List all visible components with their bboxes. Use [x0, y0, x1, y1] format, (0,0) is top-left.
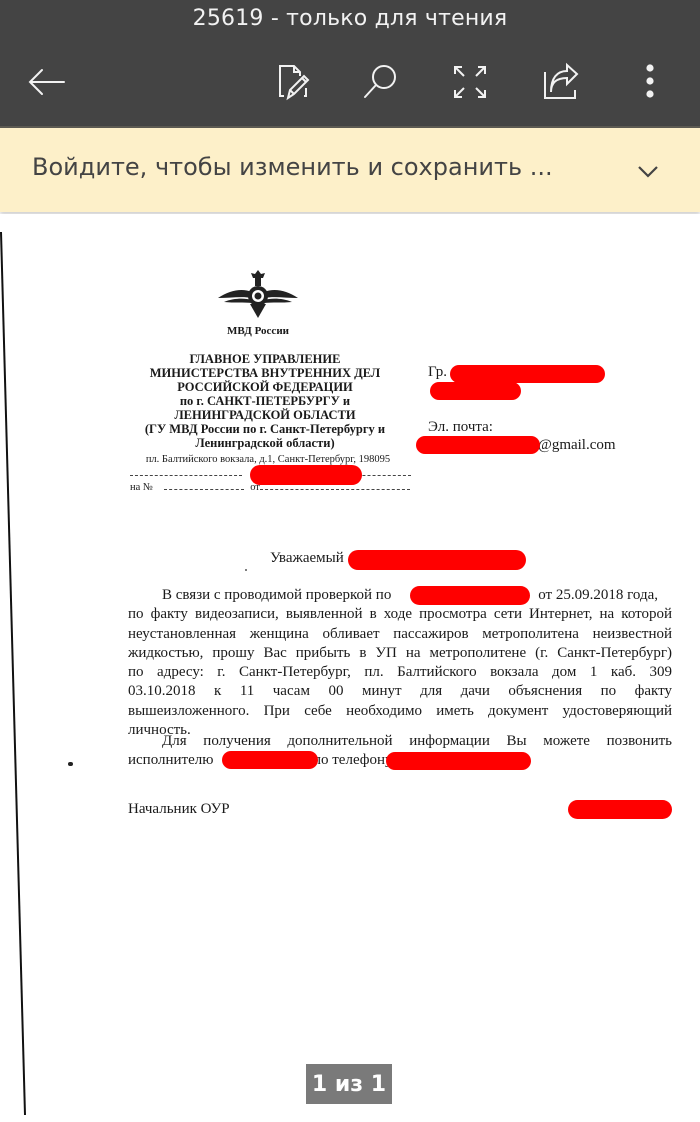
- more-options-button[interactable]: [626, 58, 674, 106]
- greeting: Уважаемый: [270, 550, 344, 567]
- org-line: (ГУ МВД России по г. Санкт-Петербургу и: [120, 422, 410, 436]
- org-line: МИНИСТЕРСТВА ВНУТРЕННИХ ДЕЛ: [120, 366, 410, 380]
- share-button[interactable]: [536, 58, 584, 106]
- fullscreen-button[interactable]: [446, 58, 494, 106]
- redaction-mark: [568, 800, 672, 819]
- more-vertical-icon: [644, 62, 656, 102]
- edit-button[interactable]: [270, 58, 318, 106]
- sign-in-message[interactable]: Войдите, чтобы изменить и сохранить ...: [32, 153, 553, 181]
- org-address: пл. Балтийского вокзала, д.1, Санкт-Пете…: [118, 454, 418, 465]
- back-button[interactable]: [22, 58, 70, 106]
- mvd-label: МВД России: [200, 325, 316, 337]
- org-line: РОССИЙСКОЙ ФЕДЕРАЦИИ: [120, 380, 410, 394]
- redaction-mark: [416, 436, 540, 454]
- page-indicator: 1 из 1: [306, 1064, 392, 1104]
- ref-number-blank: [130, 468, 242, 476]
- mvd-emblem-icon: [216, 268, 300, 322]
- ref-no-label: на №: [130, 482, 153, 493]
- search-icon: [360, 62, 400, 102]
- fullscreen-icon: [450, 62, 490, 102]
- paragraph-line: вышеизложенного. При себе необходимо име…: [128, 702, 672, 721]
- redaction-mark: [348, 550, 526, 570]
- scan-speck: [68, 762, 73, 766]
- paragraph-line: по факту видеозаписи, выявленной в ходе …: [128, 605, 672, 624]
- app-bar: 25619 - только для чтения: [0, 0, 700, 126]
- edit-document-icon: [274, 62, 314, 102]
- paragraph-main: В связи с проводимой проверкой по от 25.…: [128, 586, 672, 740]
- redaction-mark: [410, 586, 530, 605]
- scan-page-edge: [0, 230, 30, 1120]
- paragraph-line: жидкостью, прошу Вас прибыть в УП на мет…: [128, 644, 672, 663]
- document-title: 25619 - только для чтения: [0, 6, 700, 31]
- email-domain: @gmail.com: [538, 437, 616, 454]
- paragraph-line: по адресу: г. Санкт-Петербург, пл. Балти…: [128, 663, 672, 682]
- org-line: ГЛАВНОЕ УПРАВЛЕНИЕ: [120, 352, 410, 366]
- org-line: ЛЕНИНГРАДСКОЙ ОБЛАСТИ: [120, 408, 410, 422]
- paragraph-line: неустановленная женщина обливает пассажи…: [128, 625, 672, 644]
- org-line: Ленинградской области): [120, 436, 410, 450]
- email-label: Эл. почта:: [428, 419, 493, 436]
- redaction-mark: [450, 365, 605, 383]
- sign-in-banner[interactable]: Войдите, чтобы изменить и сохранить ...: [0, 126, 700, 212]
- org-header: ГЛАВНОЕ УПРАВЛЕНИЕ МИНИСТЕРСТВА ВНУТРЕНН…: [120, 352, 410, 450]
- chevron-down-icon: [636, 164, 660, 180]
- redaction-mark: [430, 382, 521, 400]
- share-icon: [539, 62, 581, 102]
- arrow-left-icon: [26, 67, 66, 97]
- recipient-prefix: Гр.: [428, 364, 447, 381]
- search-button[interactable]: [356, 58, 404, 106]
- redaction-mark: [222, 751, 318, 769]
- banner-expand-button[interactable]: [630, 154, 666, 190]
- paragraph-line: Для получения дополнительной информации …: [128, 732, 672, 751]
- redaction-mark: [250, 465, 362, 485]
- redaction-mark: [386, 752, 531, 770]
- incoming-number-blank: [164, 482, 244, 490]
- paragraph-line: В связи с проводимой проверкой по от 25.…: [128, 586, 672, 605]
- scan-speck: [245, 569, 247, 571]
- paragraph-line: 03.10.2018 к 11 часам 00 минут для дачи …: [128, 682, 672, 701]
- org-line: по г. САНКТ-ПЕТЕРБУРГУ и: [120, 394, 410, 408]
- signature-title: Начальник ОУР: [128, 801, 230, 818]
